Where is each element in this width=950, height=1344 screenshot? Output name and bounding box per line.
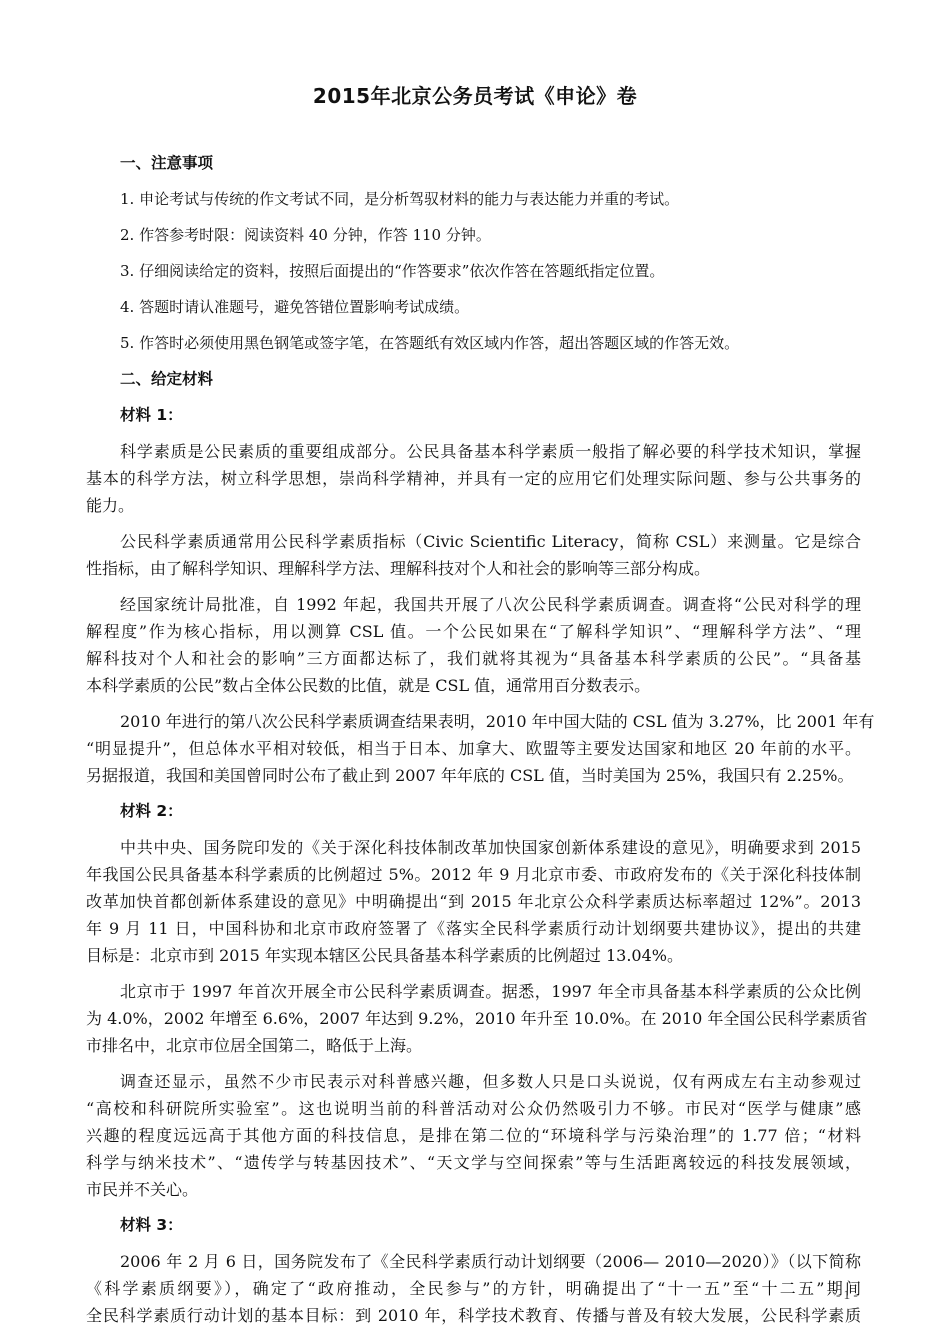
- text-line: 科学素质是公民素质的重要组成部分。公民具备基本科学素质一般指了解必要的科学技术知…: [86, 438, 861, 465]
- paragraph: 2006 年 2 月 6 日，国务院发布了《全民科学素质行动计划纲要（2006—…: [86, 1248, 861, 1329]
- material-label: 材料 1：: [120, 402, 861, 429]
- paragraph: 2010 年进行的第八次公民科学素质调查结果表明，2010 年中国大陆的 CSL…: [86, 708, 861, 789]
- text-line: “明显提升”，但总体水平相对较低，相当于日本、加拿大、欧盟等主要发达国家和地区 …: [86, 735, 861, 762]
- section-heading-notes: 一、注意事项: [120, 150, 861, 177]
- text-line: 市民并不关心。: [86, 1176, 861, 1203]
- text-line: 目标是：北京市到 2015 年实现本辖区公民具备基本科学素质的比例超过 13.0…: [86, 942, 861, 969]
- page-number: - 1 -: [836, 1287, 858, 1303]
- text-line: 调查还显示，虽然不少市民表示对科普感兴趣，但多数人只是口头说说，仅有两成左右主动…: [86, 1068, 861, 1095]
- text-line: 2010 年进行的第八次公民科学素质调查结果表明，2010 年中国大陆的 CSL…: [86, 708, 861, 735]
- text-line: 公民科学素质通常用公民科学素质指标（Civic Scientific Liter…: [86, 528, 861, 555]
- text-line: 市排名中，北京市位居全国第二，略低于上海。: [86, 1032, 861, 1059]
- text-line: 本科学素质的公民”数占全体公民数的比值，就是 CSL 值，通常用百分数表示。: [86, 672, 861, 699]
- text-line: 全民科学素质行动计划的基本目标：到 2010 年，科学技术教育、传播与普及有较大…: [86, 1302, 861, 1329]
- material-label: 材料 2：: [120, 798, 861, 825]
- document-body: 一、注意事项 1. 申论考试与传统的作文考试不同，是分析驾驭材料的能力与表达能力…: [86, 150, 861, 1338]
- text-line: 年我国公民具备基本科学素质的比例超过 5%。2012 年 9 月北京市委、市政府…: [86, 861, 861, 888]
- note-item: 1. 申论考试与传统的作文考试不同，是分析驾驭材料的能力与表达能力并重的考试。: [120, 186, 861, 213]
- section-heading-materials: 二、给定材料: [120, 366, 861, 393]
- text-line: 基本的科学方法，树立科学思想，崇尚科学精神，并具有一定的应用它们处理实际问题、参…: [86, 465, 861, 492]
- text-line: 科学与纳米技术”、“遗传学与转基因技术”、“天文学与空间探索”等与生活距离较远的…: [86, 1149, 861, 1176]
- paragraph: 公民科学素质通常用公民科学素质指标（Civic Scientific Liter…: [86, 528, 861, 582]
- text-line: 性指标，由了解科学知识、理解科学方法、理解科技对个人和社会的影响等三部分构成。: [86, 555, 861, 582]
- text-line: 北京市于 1997 年首次开展全市公民科学素质调查。据悉，1997 年全市具备基…: [86, 978, 861, 1005]
- text-line: 兴趣的程度远远高于其他方面的科技信息，是排在第二位的“环境科学与污染治理”的 1…: [86, 1122, 861, 1149]
- note-item: 3. 仔细阅读给定的资料，按照后面提出的“作答要求”依次作答在答题纸指定位置。: [120, 258, 861, 285]
- paragraph: 经国家统计局批准，自 1992 年起，我国共开展了八次公民科学素质调查。调查将“…: [86, 591, 861, 699]
- document-title: 2015年北京公务员考试《申论》卷: [0, 80, 950, 109]
- text-line: 能力。: [86, 492, 861, 519]
- text-line: 《科学素质纲要》），确定了“政府推动，全民参与”的方针，明确提出了“十一五”至“…: [86, 1275, 861, 1302]
- text-line: 解程度”作为核心指标，用以测算 CSL 值。一个公民如果在“了解科学知识”、“理…: [86, 618, 861, 645]
- text-line: “高校和科研院所实验室”。这也说明当前的科普活动对公众仍然吸引力不够。市民对“医…: [86, 1095, 861, 1122]
- note-item: 5. 作答时必须使用黑色钢笔或签字笔，在答题纸有效区域内作答，超出答题区域的作答…: [120, 330, 861, 357]
- text-line: 另据报道，我国和美国曾同时公布了截止到 2007 年年底的 CSL 值，当时美国…: [86, 762, 861, 789]
- document-page: 2015年北京公务员考试《申论》卷 一、注意事项 1. 申论考试与传统的作文考试…: [0, 0, 950, 1344]
- paragraph: 科学素质是公民素质的重要组成部分。公民具备基本科学素质一般指了解必要的科学技术知…: [86, 438, 861, 519]
- text-line: 为 4.0%，2002 年增至 6.6%，2007 年达到 9.2%，2010 …: [86, 1005, 861, 1032]
- note-item: 4. 答题时请认准题号，避免答错位置影响考试成绩。: [120, 294, 861, 321]
- text-line: 改革加快首都创新体系建设的意见》中明确提出“到 2015 年北京公众科学素质达标…: [86, 888, 861, 915]
- text-line: 年 9 月 11 日，中国科协和北京市政府签署了《落实全民科学素质行动计划纲要共…: [86, 915, 861, 942]
- text-line: 2006 年 2 月 6 日，国务院发布了《全民科学素质行动计划纲要（2006—…: [86, 1248, 861, 1275]
- paragraph: 中共中央、国务院印发的《关于深化科技体制改革加快国家创新体系建设的意见》，明确要…: [86, 834, 861, 969]
- note-item: 2. 作答参考时限：阅读资料 40 分钟，作答 110 分钟。: [120, 222, 861, 249]
- material-label: 材料 3：: [120, 1212, 861, 1239]
- text-line: 经国家统计局批准，自 1992 年起，我国共开展了八次公民科学素质调查。调查将“…: [86, 591, 861, 618]
- text-line: 中共中央、国务院印发的《关于深化科技体制改革加快国家创新体系建设的意见》，明确要…: [86, 834, 861, 861]
- paragraph: 调查还显示，虽然不少市民表示对科普感兴趣，但多数人只是口头说说，仅有两成左右主动…: [86, 1068, 861, 1203]
- text-line: 解科技对个人和社会的影响”三方面都达标了，我们就将其视为“具备基本科学素质的公民…: [86, 645, 861, 672]
- paragraph: 北京市于 1997 年首次开展全市公民科学素质调查。据悉，1997 年全市具备基…: [86, 978, 861, 1059]
